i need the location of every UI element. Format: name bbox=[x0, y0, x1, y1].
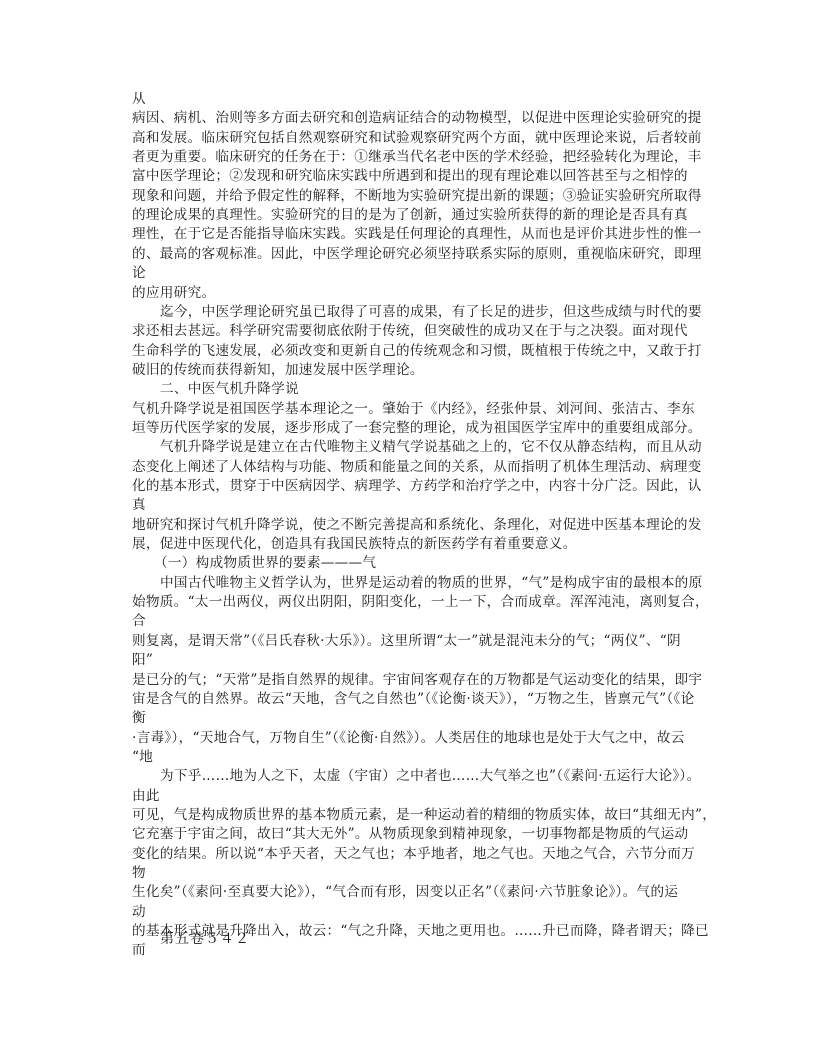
text-line: 动 bbox=[132, 903, 146, 921]
text-line: 现象和问题，并给予假定性的解释，不断地为实验研究提出新的课题；③验证实验研究所取… bbox=[132, 187, 702, 205]
text-line: 气机升降学说是祖国医学基本理论之一。肇始于《内经》，经张仲景、刘河间、张洁古、李… bbox=[132, 400, 695, 418]
text-line: ·言毒》），“天地合气，万物自生”（《论衡·自然》）。人类居住的地球也是处于大气… bbox=[132, 729, 685, 747]
text-line: 展，促进中医现代化，创造具有我国民族特点的新医药学有着重要意义。 bbox=[132, 535, 577, 553]
text-line: 从 bbox=[132, 90, 146, 108]
text-line: 者更为重要。临床研究的任务在于：①继承当代名老中医的学术经验，把经验转化为理论，… bbox=[132, 148, 702, 166]
page-number-footer: 第五卷５４２ bbox=[160, 928, 250, 948]
text-line: “地 bbox=[132, 748, 153, 766]
text-line: 它充塞于宇宙之间，故曰“其大无外”。从物质现象到精神现象，一切事物都是物质的气运… bbox=[132, 825, 688, 843]
text-line: （一）构成物质世界的要素———气 bbox=[154, 554, 376, 572]
text-line: 病因、病机、治则等多方面去研究和创造病证结合的动物模型，以促进中医理论实验研究的… bbox=[132, 109, 702, 127]
text-line: 物 bbox=[132, 864, 146, 882]
text-line: 中国古代唯物主义哲学认为，世界是运动着的物质的世界，“气”是构成宇宙的最根本的原 bbox=[160, 574, 702, 592]
text-line: 的应用研究。 bbox=[132, 284, 215, 302]
text-line: 为下乎……地为人之下，太虚（宇宙）之中者也……大气举之也”（《素问·五运行大论》… bbox=[160, 767, 700, 785]
text-line: 生命科学的飞速发展，必须改变和更新自己的传统观念和习惯，既植根于传统之中，又敢于… bbox=[132, 342, 702, 360]
text-line: 化的基本形式，贯穿于中医病因学、病理学、方药学和治疗学之中，内容十分广泛。因此，… bbox=[132, 477, 702, 495]
text-line: 可见，气是构成物质世界的基本物质元素，是一种运动着的精细的物质实体，故曰“其细无… bbox=[132, 806, 716, 824]
text-line: 生化矣”（《素问·至真要大论》），“气合而有形，因变以正名”（《素问·六节脏象论… bbox=[132, 883, 678, 901]
document-page: 从病因、病机、治则等多方面去研究和创造病证结合的动物模型，以促进中医理论实验研究… bbox=[0, 0, 816, 1056]
text-line: 论 bbox=[132, 264, 146, 282]
text-line: 二、中医气机升降学说 bbox=[160, 380, 299, 398]
text-line: 则复离，是谓天常”（《吕氏春秋·大乐》）。这里所谓“太一”就是混沌未分的气；“两… bbox=[132, 632, 681, 650]
text-line: 的理论成果的真理性。实验研究的目的是为了创新，通过实验所获得的新的理论是否具有真 bbox=[132, 206, 688, 224]
text-line: 阳” bbox=[132, 651, 153, 669]
text-line: 衡 bbox=[132, 709, 146, 727]
text-line: 宙是含气的自然界。故云“天地，含气之自然也”（《论衡·谈天》），“万物之生，皆禀… bbox=[132, 690, 694, 708]
text-line: 变化的结果。所以说“本乎天者，天之气也；本乎地者，地之气也。天地之气合，六节分而… bbox=[132, 845, 695, 863]
text-line: 的、最高的客观标准。因此，中医学理论研究必须坚持联系实际的原则，重视临床研究，即… bbox=[132, 245, 702, 263]
text-line: 而 bbox=[132, 941, 146, 959]
text-line: 气机升降学说是建立在古代唯物主义精气学说基础之上的，它不仅从静态结构，而且从动 bbox=[160, 438, 702, 456]
text-line: 始物质。“太一出两仪，两仪出阴阳，阴阳变化，一上一下，合而成章。浑浑沌沌，离则复… bbox=[132, 593, 709, 611]
text-line: 态变化上阐述了人体结构与功能、物质和能量之间的关系，从而指明了机体生理活动、病理… bbox=[132, 458, 702, 476]
text-line: 由此 bbox=[132, 787, 160, 805]
text-line: 富中医学理论；②发现和研究临床实践中所遇到和提出的现有理论难以回答甚至与之相悖的 bbox=[132, 167, 688, 185]
text-line: 高和发展。临床研究包括自然观察研究和试验观察研究两个方面，就中医理论来说，后者较… bbox=[132, 129, 702, 147]
text-line: 真 bbox=[132, 496, 146, 514]
text-line: 破旧的传统而获得新知，加速发展中医学理论。 bbox=[132, 361, 424, 379]
text-line: 迄今，中医学理论研究虽已取得了可喜的成果，有了长足的进步，但这些成绩与时代的要 bbox=[160, 303, 702, 321]
text-line: 是已分的气；“天常”是指自然界的规律。宇宙间客观存在的万物都是气运动变化的结果，… bbox=[132, 671, 702, 689]
text-line: 地研究和探讨气机升降学说，使之不断完善提高和系统化、条理化，对促进中医基本理论的… bbox=[132, 516, 702, 534]
text-line: 求还相去甚远。科学研究需要彻底依附于传统，但突破性的成功又在于与之决裂。面对现代 bbox=[132, 322, 688, 340]
text-line: 垣等历代医学家的发展，逐步形成了一套完整的理论，成为祖国医学宝库中的重要组成部分… bbox=[132, 419, 702, 437]
text-line: 合 bbox=[132, 612, 146, 630]
text-line: 理性，在于它是否能指导临床实践。实践是任何理论的真理性，从而也是评价其进步性的惟… bbox=[132, 225, 702, 243]
